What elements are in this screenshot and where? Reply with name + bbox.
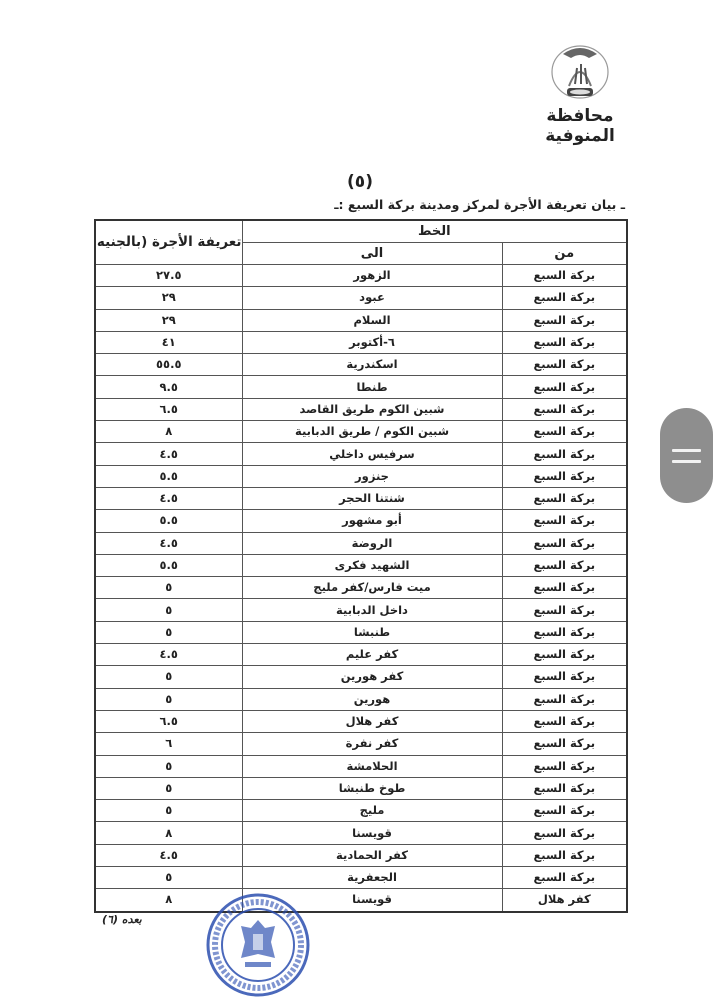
table-row: بركة السبعشبين الكوم طريق القاصد٦.٥ (95, 398, 627, 420)
cell-to: كفر نفرة (242, 733, 502, 755)
cell-to: طنطا (242, 376, 502, 398)
cell-to: الحلامشة (242, 755, 502, 777)
cell-from: بركة السبع (502, 733, 627, 755)
table-row: بركة السبعشنتنا الحجر٤.٥ (95, 487, 627, 509)
cell-fare: ٤.٥ (95, 644, 242, 666)
header-to: الى (242, 243, 502, 265)
cell-from: بركة السبع (502, 554, 627, 576)
cell-fare: ٥ (95, 867, 242, 889)
cell-fare: ٨ (95, 421, 242, 443)
table-row: بركة السبعهورين٥ (95, 688, 627, 710)
table-row: بركة السبعطنبشا٥ (95, 621, 627, 643)
cell-to: شبين الكوم طريق القاصد (242, 398, 502, 420)
cell-from: بركة السبع (502, 287, 627, 309)
governorate-logo: محافظة المنوفية (525, 38, 635, 138)
cell-from: بركة السبع (502, 398, 627, 420)
cell-from: بركة السبع (502, 644, 627, 666)
cell-fare: ٥.٥ (95, 554, 242, 576)
continued-note: بعده (٦) (102, 913, 142, 926)
cell-from: بركة السبع (502, 621, 627, 643)
cell-to: شبين الكوم / طريق الدبابية (242, 421, 502, 443)
cell-from: بركة السبع (502, 688, 627, 710)
cell-to: الشهيد فكرى (242, 554, 502, 576)
cell-fare: ٥.٥ (95, 510, 242, 532)
cell-from: بركة السبع (502, 867, 627, 889)
cell-to: أبو مشهور (242, 510, 502, 532)
cell-to: كفر الحمادية (242, 844, 502, 866)
header-route: الخط (242, 220, 627, 243)
table-row: بركة السبعكفر عليم٤.٥ (95, 644, 627, 666)
table-row: بركة السبعالحلامشة٥ (95, 755, 627, 777)
cell-from: بركة السبع (502, 710, 627, 732)
cell-fare: ٦.٥ (95, 398, 242, 420)
table-row: بركة السبعسرفيس داخلي٤.٥ (95, 443, 627, 465)
cell-fare: ٥.٥ (95, 465, 242, 487)
cell-from: بركة السبع (502, 331, 627, 353)
table-row: بركة السبع٦-أكتوبر٤١ (95, 331, 627, 353)
cell-fare: ٥ (95, 666, 242, 688)
section-number: (٥) (330, 172, 390, 192)
cell-to: ٦-أكتوبر (242, 331, 502, 353)
cell-to: ميت فارس/كفر مليج (242, 577, 502, 599)
cell-from: بركة السبع (502, 465, 627, 487)
table-row: كفر هلالقويسنا٨ (95, 889, 627, 912)
cell-fare: ٨ (95, 822, 242, 844)
cell-fare: ٥ (95, 688, 242, 710)
cell-fare: ٩.٥ (95, 376, 242, 398)
cell-to: جنزور (242, 465, 502, 487)
cell-from: بركة السبع (502, 376, 627, 398)
table-row: بركة السبعكفر هلال٦.٥ (95, 710, 627, 732)
official-seal-stamp-icon (203, 890, 313, 1000)
cell-from: بركة السبع (502, 443, 627, 465)
governorate-emblem-icon (541, 38, 619, 104)
cell-from: بركة السبع (502, 510, 627, 532)
cell-fare: ٦.٥ (95, 710, 242, 732)
cell-from: كفر هلال (502, 889, 627, 912)
cell-to: اسكندرية (242, 354, 502, 376)
document-subtitle: ـ بيان تعريفة الأجرة لمركز ومدينة بركة ا… (334, 197, 625, 212)
cell-to: كفر هورين (242, 666, 502, 688)
table-row: بركة السبعشبين الكوم / طريق الدبابية٨ (95, 421, 627, 443)
table-row: بركة السبعطنطا٩.٥ (95, 376, 627, 398)
cell-fare: ٥ (95, 577, 242, 599)
cell-from: بركة السبع (502, 666, 627, 688)
cell-to: داخل الدبابية (242, 599, 502, 621)
table-row: بركة السبعكفر نفرة٦ (95, 733, 627, 755)
cell-fare: ٤.٥ (95, 443, 242, 465)
cell-fare: ٦ (95, 733, 242, 755)
cell-fare: ٤١ (95, 331, 242, 353)
cell-fare: ٤.٥ (95, 532, 242, 554)
table-row: بركة السبعقويسنا٨ (95, 822, 627, 844)
governorate-name: محافظة المنوفية (525, 106, 635, 146)
cell-from: بركة السبع (502, 844, 627, 866)
handle-bar-bottom (672, 460, 701, 463)
header-fare: تعريفة الأجرة (بالجنيه) (95, 220, 242, 265)
fare-table: الخط تعريفة الأجرة (بالجنيه) من الى بركة… (94, 219, 628, 913)
table-row: بركة السبعداخل الدبابية٥ (95, 599, 627, 621)
table-row: بركة السبعميت فارس/كفر مليج٥ (95, 577, 627, 599)
table-row: بركة السبعطوخ طنبشا٥ (95, 777, 627, 799)
cell-from: بركة السبع (502, 532, 627, 554)
table-row: بركة السبعكفر الحمادية٤.٥ (95, 844, 627, 866)
cell-from: بركة السبع (502, 265, 627, 287)
header-from: من (502, 243, 627, 265)
cell-from: بركة السبع (502, 599, 627, 621)
cell-to: شنتنا الحجر (242, 487, 502, 509)
cell-fare: ٥ (95, 621, 242, 643)
cell-fare: ٥ (95, 755, 242, 777)
cell-from: بركة السبع (502, 577, 627, 599)
cell-from: بركة السبع (502, 822, 627, 844)
cell-to: سرفيس داخلي (242, 443, 502, 465)
cell-fare: ٥ (95, 599, 242, 621)
cell-from: بركة السبع (502, 800, 627, 822)
cell-fare: ٥٥.٥ (95, 354, 242, 376)
cell-to: هورين (242, 688, 502, 710)
cell-fare: ٤.٥ (95, 487, 242, 509)
cell-to: الجعفرية (242, 867, 502, 889)
cell-fare: ٥ (95, 777, 242, 799)
cell-to: كفر عليم (242, 644, 502, 666)
cell-from: بركة السبع (502, 777, 627, 799)
cell-to: كفر هلال (242, 710, 502, 732)
cell-fare: ٢٧.٥ (95, 265, 242, 287)
table-row: بركة السبعاسكندرية٥٥.٥ (95, 354, 627, 376)
cell-fare: ٥ (95, 800, 242, 822)
cell-to: طوخ طنبشا (242, 777, 502, 799)
cell-from: بركة السبع (502, 755, 627, 777)
cell-to: مليج (242, 800, 502, 822)
table-row: بركة السبعالروضة٤.٥ (95, 532, 627, 554)
handle-bar-top (672, 449, 701, 452)
table-row: بركة السبعالشهيد فكرى٥.٥ (95, 554, 627, 576)
table-row: بركة السبعأبو مشهور٥.٥ (95, 510, 627, 532)
cell-to: طنبشا (242, 621, 502, 643)
table-row: بركة السبعالجعفرية٥ (95, 867, 627, 889)
cell-from: بركة السبع (502, 309, 627, 331)
cell-fare: ٤.٥ (95, 844, 242, 866)
cell-to: عبود (242, 287, 502, 309)
cell-from: بركة السبع (502, 421, 627, 443)
table-row: بركة السبعالسلام٢٩ (95, 309, 627, 331)
cell-fare: ٢٩ (95, 287, 242, 309)
table-row: بركة السبعالزهور٢٧.٥ (95, 265, 627, 287)
drag-handle-icon[interactable] (660, 408, 713, 503)
cell-to: الزهور (242, 265, 502, 287)
cell-fare: ٢٩ (95, 309, 242, 331)
table-row: بركة السبعكفر هورين٥ (95, 666, 627, 688)
table-row: بركة السبععبود٢٩ (95, 287, 627, 309)
cell-from: بركة السبع (502, 354, 627, 376)
cell-to: السلام (242, 309, 502, 331)
cell-from: بركة السبع (502, 487, 627, 509)
cell-to: قويسنا (242, 822, 502, 844)
table-row: بركة السبعجنزور٥.٥ (95, 465, 627, 487)
table-row: بركة السبعمليج٥ (95, 800, 627, 822)
cell-to: الروضة (242, 532, 502, 554)
